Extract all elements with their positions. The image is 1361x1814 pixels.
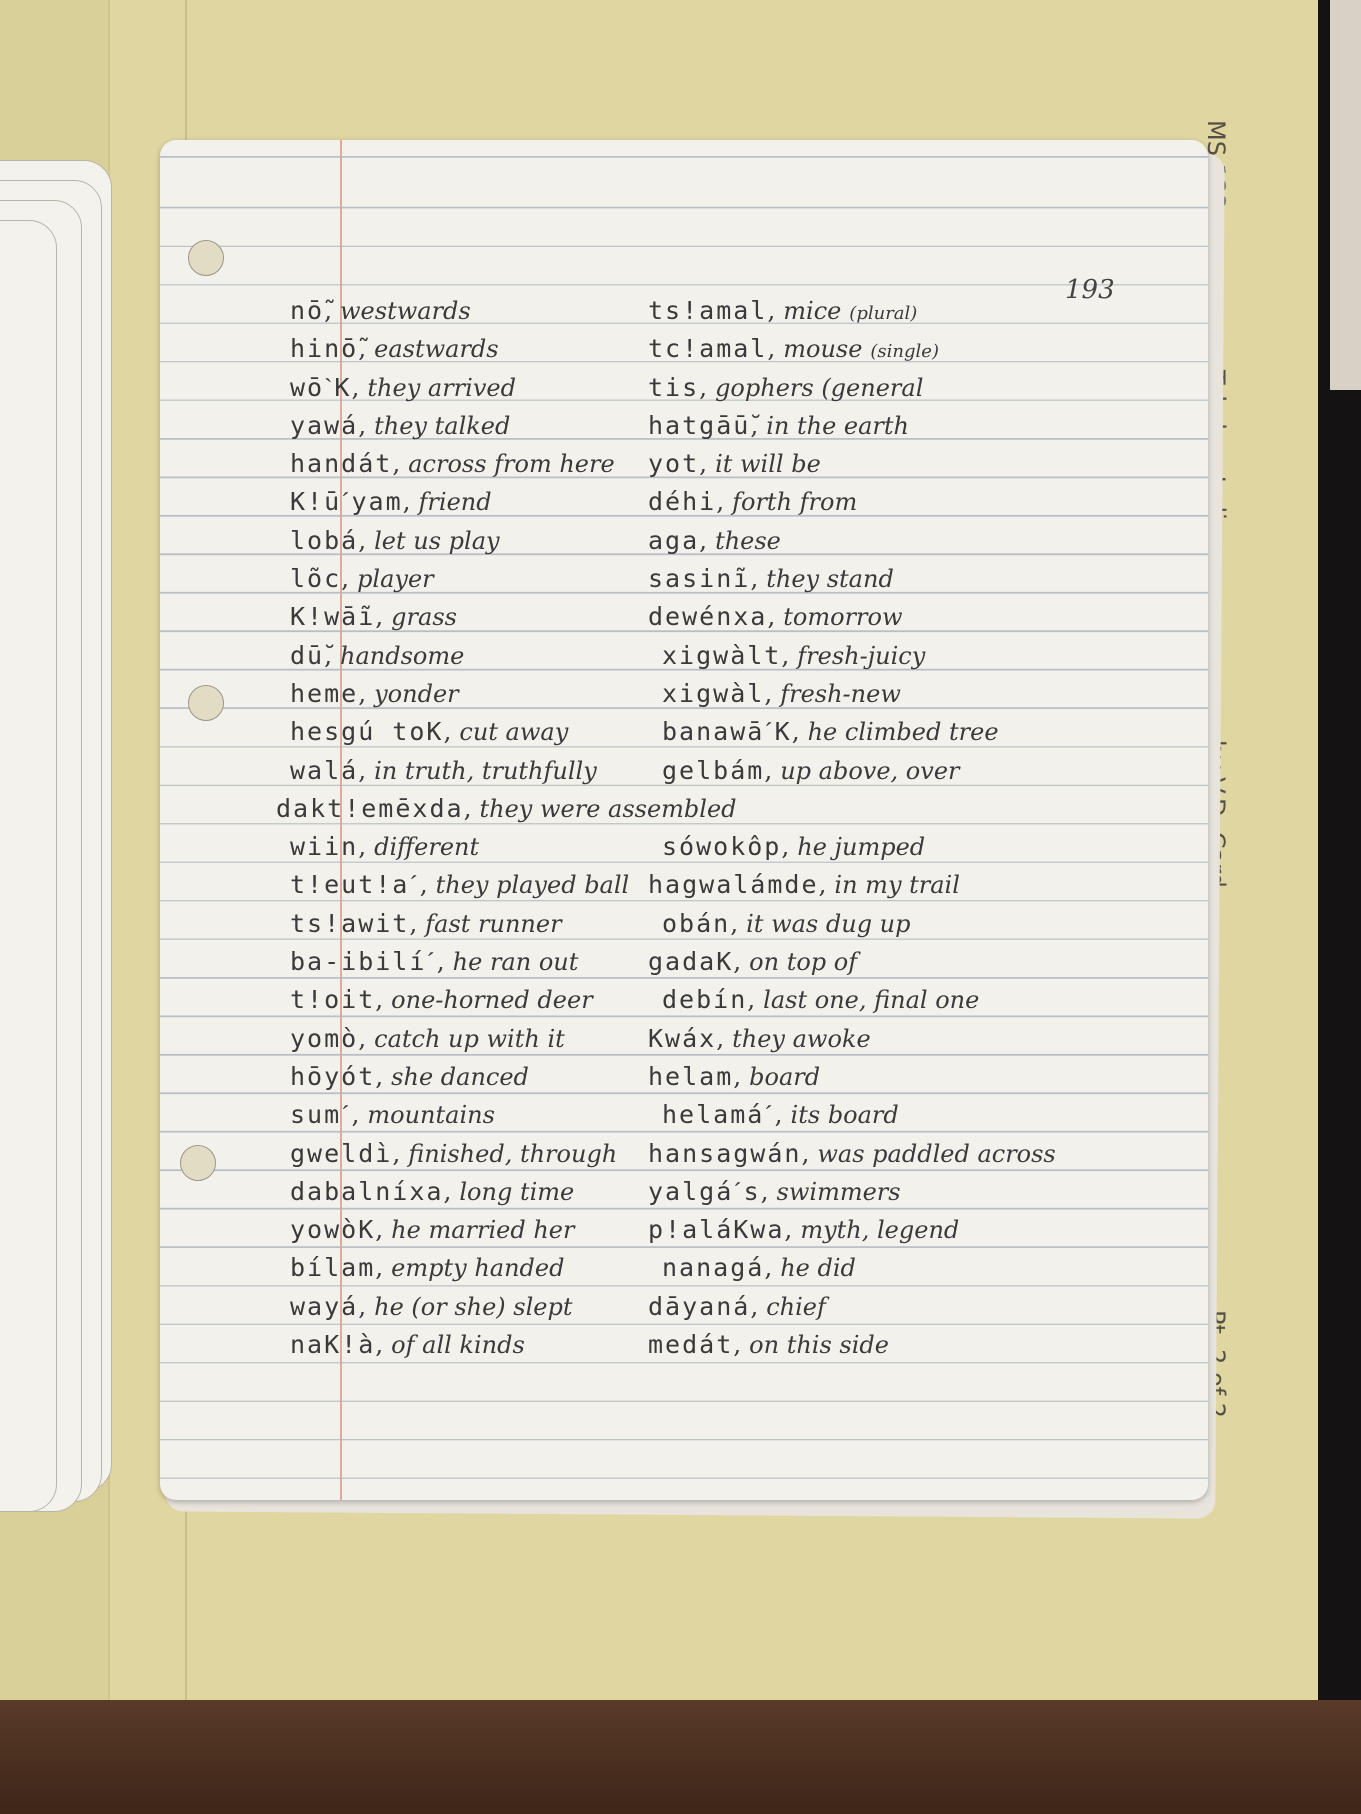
vocab-entry: tis, gophers (general xyxy=(648,369,1056,407)
blank-line xyxy=(648,790,1056,828)
vocab-entry: helamáˊ, its board xyxy=(648,1096,1056,1134)
vocab-entry: xigwàlt, fresh-juicy xyxy=(648,637,1056,675)
vocab-entry: gadaK, on top of xyxy=(648,943,1056,981)
vocab-entry: dewénxa, tomorrow xyxy=(648,598,1056,636)
right-column: ts!amal, mice (plural) tc!amal, mouse (s… xyxy=(648,292,1056,1364)
punch-hole xyxy=(180,1145,216,1181)
vocab-entry: aga, these xyxy=(648,522,1056,560)
vocab-entry: helam, board xyxy=(648,1058,1056,1096)
stacked-pages-left xyxy=(0,160,150,1530)
vocab-entry: gelbám, up above, over xyxy=(648,752,1056,790)
vocab-entry: dāyaná, chief xyxy=(648,1288,1056,1326)
punch-hole xyxy=(188,685,224,721)
vocab-entry: hagwalámde, in my trail xyxy=(648,866,1056,904)
vocab-entry: yalgáˊs, swimmers xyxy=(648,1173,1056,1211)
vocab-entry: ts!amal, mice (plural) xyxy=(648,292,1056,330)
vocab-entry: nanagá, he did xyxy=(648,1249,1056,1287)
vocab-entry: yot, it will be xyxy=(648,445,1056,483)
vocab-entry: tc!amal, mouse (single) xyxy=(648,330,1056,368)
vocab-entry: sówokôp, he jumped xyxy=(648,828,1056,866)
vocab-entry: sasinĩ, they stand xyxy=(648,560,1056,598)
vocab-entry: debín, last one, final one xyxy=(648,981,1056,1019)
background-paper-corner xyxy=(1330,0,1361,390)
folder-label: MS 133 Takelma Indians ... by V.D. Card … xyxy=(1230,120,1290,1520)
vocab-entry: Kwáx, they awoke xyxy=(648,1020,1056,1058)
wooden-table xyxy=(0,1700,1361,1814)
vocab-entry: xigwàl, fresh-new xyxy=(648,675,1056,713)
vocab-entry: hansagwán, was paddled across xyxy=(648,1135,1056,1173)
vocab-entry: hatgāū̆, in the earth xyxy=(648,407,1056,445)
punch-hole xyxy=(188,240,224,276)
notebook-page: 193 nō̃, westwards hinō̃, eastwards wōˋK… xyxy=(160,140,1208,1500)
vocab-entry: banawāˊK, he climbed tree xyxy=(648,713,1056,751)
page-number: 193 xyxy=(1065,275,1115,305)
vocab-entry: p!aláKwa, myth, legend xyxy=(648,1211,1056,1249)
vocab-entry: medát, on this side xyxy=(648,1326,1056,1364)
vocab-entry: déhi, forth from xyxy=(648,483,1056,521)
vocab-entry: obán, it was dug up xyxy=(648,905,1056,943)
